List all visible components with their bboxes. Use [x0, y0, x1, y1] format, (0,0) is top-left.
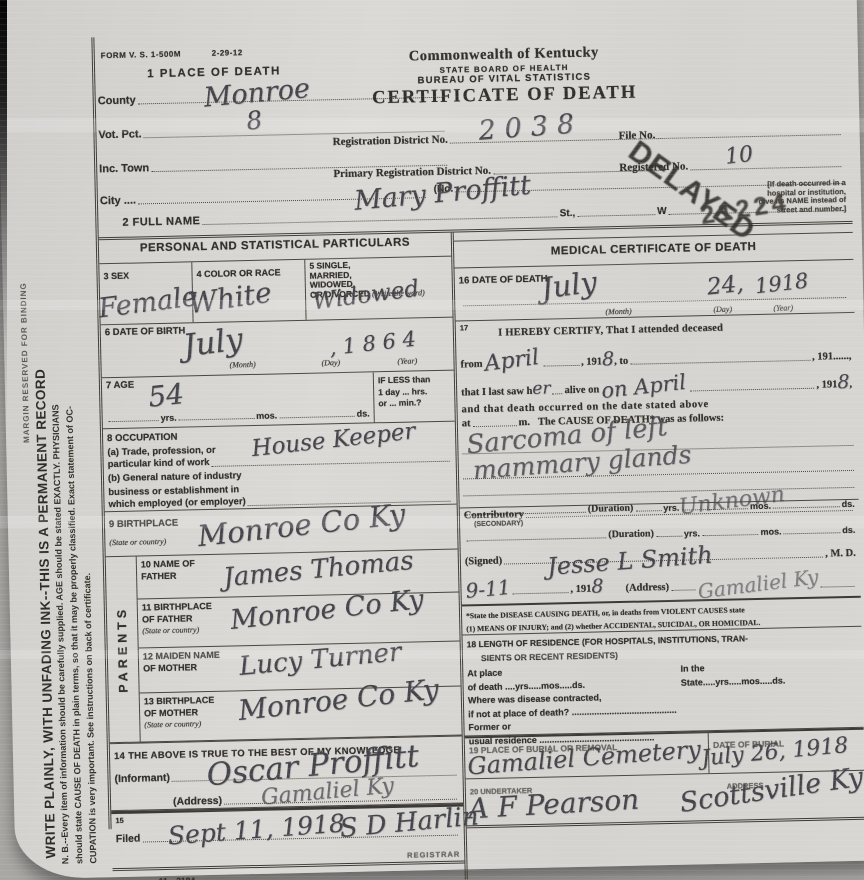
form-header: FORM V. S. 1-500M 2-29-12 1 PLACE OF DEA… [94, 21, 852, 240]
state-header: Commonwealth of Kentucky STATE BOARD OF … [329, 43, 680, 111]
father-name-value: James Thomas [223, 556, 414, 584]
dod-month-value: July [539, 265, 599, 306]
form-code: 11—3184 [159, 869, 465, 880]
dod-day-value: 24, [706, 271, 745, 301]
attended-from-value: April [483, 345, 540, 377]
dob-year-note: (Year) [397, 356, 417, 365]
form-number: FORM V. S. 1-500M 2-29-12 [101, 48, 243, 60]
signed-address-label: (Address) [625, 582, 669, 594]
signed-date-value: 9-11 [464, 575, 511, 603]
certify-lastsaw-line: that I last saw h er alive on on April ,… [461, 370, 852, 399]
occupation-label: 8 OCCUPATION [107, 432, 178, 445]
residence-cols: At place of death ....yrs.....mos.....ds… [467, 658, 858, 694]
dob-row: 6 DATE OF BIRTH (Month) (Day) (Year) Jul… [101, 318, 454, 379]
filed-row: 15 Filed Sept 11, 1918 S D Harlin REGIST… [111, 803, 464, 871]
dod-year-value: 1918 [754, 269, 810, 299]
sex-label: 3 SEX [103, 271, 129, 282]
mother-name-value: Lucy Turner [239, 647, 402, 672]
signed-row: (Signed) , M. D. Jesse L Smith 9-11 , 19… [461, 546, 861, 605]
personal-column: PERSONAL AND STATISTICAL PARTICULARS 3 S… [99, 233, 468, 880]
sex-race-marital-row: 3 SEX 4 COLOR OR RACE 5 SINGLE, MARRIED,… [99, 257, 452, 326]
dod-label: 16 DATE OF DEATH [459, 274, 548, 287]
file-no-row: File No. [618, 125, 842, 142]
birthplace-label: 9 BIRTHPLACE [109, 518, 178, 531]
age-cell: 7 AGE yrs. mos. ds. 54 [102, 372, 374, 428]
medical-column: MEDICAL CERTIFICATE OF DEATH 16 DATE OF … [454, 224, 864, 880]
if-less-cell: IF LESS than 1 day ... hrs. or ... min.? [373, 371, 455, 423]
parents-section: PARENTS 10 NAME OF FATHER James Thomas 1… [106, 550, 462, 744]
registration-district-label: Registration District No. [333, 134, 448, 149]
age-value: 54 [146, 377, 185, 414]
county-label: County [98, 94, 136, 107]
certify-row: 17 I HEREBY CERTIFY, That I attended dec… [456, 313, 859, 509]
signed-label: (Signed) [465, 556, 503, 568]
signed-date-line: 9-11 , 191 8 (Address) Gamaliel Ky [465, 569, 856, 598]
attest-row: 14 THE ABOVE IS TRUE TO THE BEST OF MY K… [110, 736, 463, 812]
filed-label: Filed [116, 833, 141, 846]
father-birthplace-row: 11 BIRTHPLACE OF FATHER (State or countr… [138, 593, 460, 649]
age-units-line: yrs. mos. ds. [107, 408, 370, 424]
city-label: City .... [100, 194, 136, 207]
registrar-label: REGISTRAR [407, 850, 460, 860]
street-label: St., [560, 208, 576, 219]
parents-label: PARENTS [115, 606, 131, 693]
informant-address-label: (Address) [173, 795, 222, 808]
scanned-death-certificate: MARGIN RESERVED FOR BINDING WRITE PLAINL… [0, 0, 864, 880]
alive-on-value: on April [600, 370, 687, 403]
dob-month-note: (Month) [229, 360, 255, 370]
undertaker-address-cell: ADDRESS Scottsville Ky [682, 771, 864, 821]
her-handwriting: er [532, 378, 551, 398]
full-name-label: 2 FULL NAME [122, 215, 200, 229]
mother-birthplace-row: 13 BIRTHPLACE OF MOTHER (State or countr… [140, 687, 462, 742]
vot-pct-value: 8 [244, 105, 263, 136]
burial-place-cell: 19 PLACE OF BURIAL OR REMOVAL Gamaliel C… [465, 733, 710, 778]
inc-town-label: Inc. Town [99, 162, 149, 175]
vot-pct-label: Vot. Pct. [98, 128, 141, 141]
dod-row: 16 DATE OF DEATH (Month) (Day) (Year) Ju… [454, 260, 854, 322]
occupation-value: House Keeper [251, 425, 416, 455]
binding-margin: MARGIN RESERVED FOR BINDING WRITE PLAINL… [13, 0, 101, 871]
certify-from-line: from April , 191 8 , to , 191......, [460, 341, 851, 371]
certificate-paper: MARGIN RESERVED FOR BINDING WRITE PLAINL… [0, 0, 864, 879]
residence-row: 18 LENGTH OF RESIDENCE (FOR HOSPITALS, I… [462, 627, 863, 737]
undertaker-cell: 20 UNDERTAKER A F Pearson [466, 775, 684, 826]
registered-no-value: 10 [724, 142, 755, 170]
dob-month-value: July [181, 321, 245, 364]
parents-label-strip: PARENTS [106, 557, 141, 743]
form-body: PERSONAL AND STATISTICAL PARTICULARS 3 S… [99, 224, 864, 880]
certificate-form: FORM V. S. 1-500M 2-29-12 1 PLACE OF DEA… [91, 21, 864, 829]
undertaker-row: 20 UNDERTAKER A F Pearson ADDRESS Scotts… [466, 771, 864, 829]
father-birthplace-value: Monroe Co Ky [230, 595, 424, 627]
informant-label: (Informant) [114, 772, 170, 785]
